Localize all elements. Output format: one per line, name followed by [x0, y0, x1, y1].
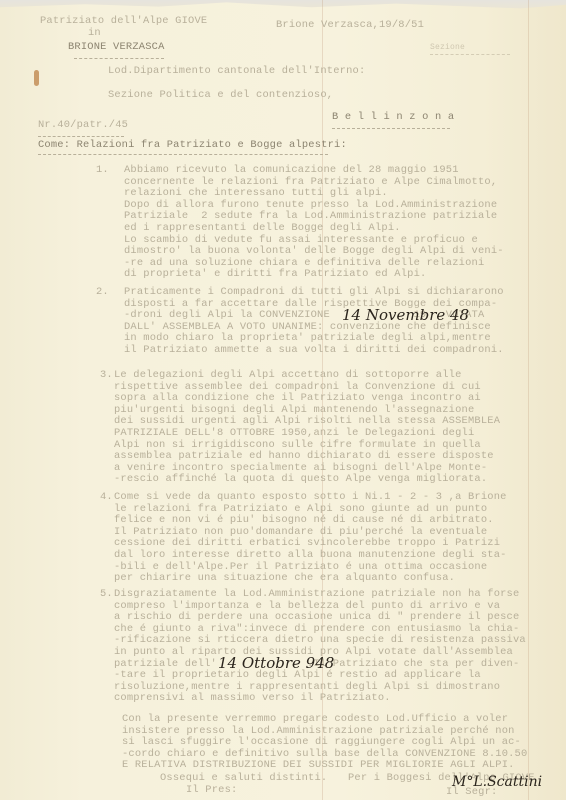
divider	[38, 154, 328, 155]
text-line: di proprieta' e diritti fra Patriziato e…	[124, 269, 426, 281]
rust-stain	[34, 70, 39, 86]
text-line: comprensivi al massimo verso il Patrizia…	[114, 693, 391, 705]
org-name: Patriziato dell'Alpe GIOVE	[40, 16, 207, 28]
president-label: Il Pres:	[186, 785, 237, 797]
paragraph-number: 5.	[100, 589, 113, 601]
recipient-city: B e l l i n z o n a	[332, 112, 454, 124]
text-line: ed i rappresentanti delle Bogge degli Al…	[124, 223, 401, 235]
paragraph-number: 3.	[100, 370, 113, 382]
signature: M°L.Scattini	[452, 774, 542, 790]
text-line: dal loro interesse diretto alla buona ma…	[114, 550, 507, 562]
org-in: in	[88, 28, 101, 40]
text-line: E RELATIVA DISTRIBUZIONE DEI SUSSIDI PER…	[122, 760, 515, 772]
divider	[332, 128, 450, 129]
text-line: il Patriziato ammette a sua volta i diri…	[124, 345, 504, 357]
org-town: BRIONE VERZASCA	[68, 42, 165, 54]
handwritten-date: 14 Ottobre 948	[218, 654, 334, 672]
reference-number: Nr.40/patr./45	[38, 120, 128, 132]
place-date: Brione Verzasca,19/8/51	[276, 20, 424, 32]
torn-edge	[0, 0, 566, 12]
text-line: -rescio affinché la quota di questo Alpe…	[114, 474, 487, 486]
text-line: per chiarire una situazione che era alqu…	[114, 573, 455, 585]
text-line: Come si vede da quanto esposto sotto i N…	[114, 492, 507, 504]
recipient-line2: Sezione Politica e del contenzioso,	[108, 90, 333, 102]
text-line: PATRIZIALE DELL'8 OTTOBRE 1950,anzi le D…	[114, 428, 474, 440]
text-line: Con la presente verremmo pregare codesto…	[122, 714, 508, 726]
document-page: Patriziato dell'Alpe GIOVE in BRIONE VER…	[0, 0, 566, 800]
paragraph-number: 2.	[96, 287, 109, 299]
handwritten-date: 14 Novembre 48	[342, 306, 469, 324]
divider	[38, 136, 124, 137]
text-line: Disgraziatamente la Lod.Amministrazione …	[114, 589, 519, 601]
text-line: Praticamente i Compadroni di tutti gli A…	[124, 287, 504, 299]
subject-line: Come: Relazioni fra Patriziato e Bogge a…	[38, 140, 347, 152]
greeting: Ossequi e saluti distinti.	[160, 773, 327, 785]
paragraph-number: 1.	[96, 165, 109, 177]
text-line: Le delegazioni degli Alpi accettano di s…	[114, 370, 462, 382]
corner-mark: Sezione	[430, 42, 465, 54]
text-line: Abbiamo ricevuto la comunicazione del 28…	[124, 165, 459, 177]
recipient-line1: Lod.Dipartimento cantonale dell'Interno:	[108, 66, 365, 78]
paragraph-number: 4.	[100, 492, 113, 504]
divider	[430, 54, 510, 55]
fold-line	[528, 0, 529, 800]
divider	[74, 58, 164, 59]
